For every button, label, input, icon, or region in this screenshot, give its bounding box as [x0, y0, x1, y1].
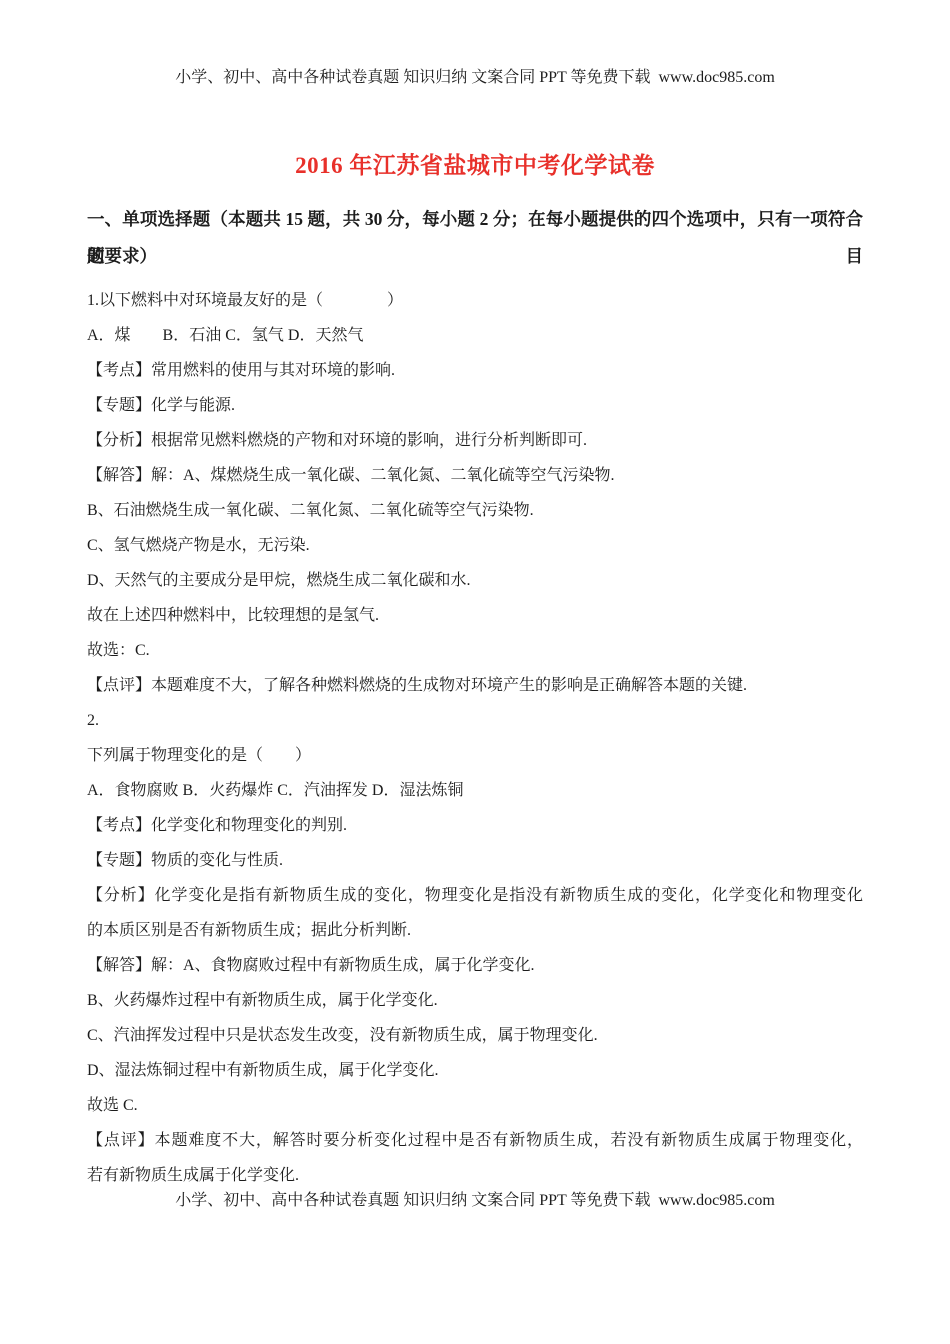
site-footer: 小学、初中、高中各种试卷真题 知识归纳 文案合同 PPT 等免费下载 www.d… [0, 1191, 950, 1211]
question-2-text-line: 【专题】物质的变化与性质. [87, 843, 863, 878]
question-1-text-line: 故选：C. [87, 633, 863, 668]
question-1-text-line: D、天然气的主要成分是甲烷，燃烧生成二氧化碳和水. [87, 563, 863, 598]
document-body: 1.以下燃料中对环境最友好的是（ ）A．煤 B．石油 C．氢气 D．天然气【考点… [87, 283, 863, 1193]
question-2-text-line: B、火药爆炸过程中有新物质生成，属于化学变化. [87, 983, 863, 1018]
question-2-text-line: A．食物腐败 B．火药爆炸 C．汽油挥发 D．湿法炼铜 [87, 773, 863, 808]
question-2-text-line: 【解答】解：A、食物腐败过程中有新物质生成，属于化学变化. [87, 948, 863, 983]
question-2-text-line: D、湿法炼铜过程中有新物质生成，属于化学变化. [87, 1053, 863, 1088]
question-1-text-line: C、氢气燃烧产物是水，无污染. [87, 528, 863, 563]
question-1-text-line: 【考点】常用燃料的使用与其对环境的影响. [87, 353, 863, 388]
question-2-text-line: 【考点】化学变化和物理变化的判别. [87, 808, 863, 843]
question-2-text-line: 故选 C. [87, 1088, 863, 1123]
section-heading-line-1: 一、单项选择题（本题共 15 题，共 30 分，每小题 2 分；在每小题提供的四… [87, 201, 863, 238]
document-title: 2016 年江苏省盐城市中考化学试卷 [0, 147, 950, 180]
question-1-text-line: 【分析】根据常见燃料燃烧的产物和对环境的影响，进行分析判断即可. [87, 423, 863, 458]
question-2-text-line: C、汽油挥发过程中只是状态发生改变，没有新物质生成，属于物理变化. [87, 1018, 863, 1053]
question-2-text-line: 2. [87, 703, 863, 738]
question-1-text-line: 【专题】化学与能源. [87, 388, 863, 423]
question-1-text-line: 【解答】解：A、煤燃烧生成一氧化碳、二氧化氮、二氧化硫等空气污染物. [87, 458, 863, 493]
exam-document-page: { "document": { "site_header": "小学、初中、高中… [0, 0, 950, 1344]
question-1-text-line: 故在上述四种燃料中，比较理想的是氢气. [87, 598, 863, 633]
question-1-text-line: B、石油燃烧生成一氧化碳、二氧化氮、二氧化硫等空气污染物. [87, 493, 863, 528]
question-1-text-line: 1.以下燃料中对环境最友好的是（ ） [87, 283, 863, 318]
question-2-text-line: 下列属于物理变化的是（ ） [87, 738, 863, 773]
question-2-text-line: 若有新物质生成属于化学变化. [87, 1158, 863, 1193]
question-2-text-line: 【分析】化学变化是指有新物质生成的变化，物理变化是指没有新物质生成的变化，化学变… [87, 878, 863, 913]
section-heading: 一、单项选择题（本题共 15 题，共 30 分，每小题 2 分；在每小题提供的四… [87, 201, 863, 275]
question-2-text-line: 【点评】本题难度不大，解答时要分析变化过程中是否有新物质生成，若没有新物质生成属… [87, 1123, 863, 1158]
question-1-text-line: 【点评】本题难度不大，了解各种燃料燃烧的生成物对环境产生的影响是正确解答本题的关… [87, 668, 863, 703]
question-2-text-line: 的本质区别是否有新物质生成；据此分析判断. [87, 913, 863, 948]
site-header: 小学、初中、高中各种试卷真题 知识归纳 文案合同 PPT 等免费下载 www.d… [0, 68, 950, 88]
question-1-text-line: A．煤 B．石油 C．氢气 D．天然气 [87, 318, 863, 353]
